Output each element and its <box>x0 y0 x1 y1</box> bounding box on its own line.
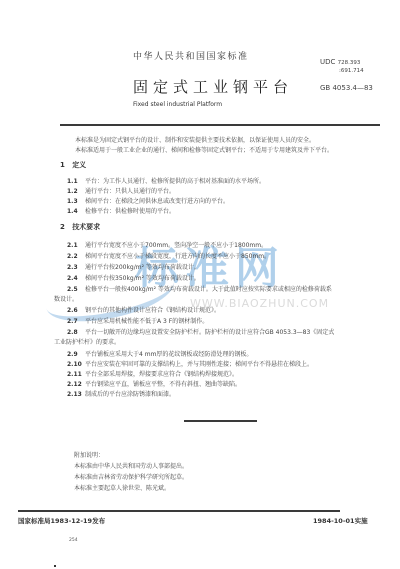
udc-label: UDC <box>320 58 335 66</box>
notes-line-1: 本标准由中华人民共和国劳动人事部提出。 <box>74 461 188 470</box>
notes-line-2: 本标准由吉林省劳动保护科学研究所起草。 <box>74 472 188 481</box>
clause-number: 2.3 <box>67 264 85 271</box>
clause-2-5-continuation: 数设计。 <box>54 294 78 303</box>
end-rule <box>184 420 257 422</box>
clause-text: 平台：为工作人员通行、检修所提供的高于相对基准面的水平场所。 <box>85 178 265 185</box>
clause-number: 2.2 <box>67 253 85 260</box>
clause-1-2: 1.2通行平台：只供人员通行的平台。 <box>67 186 175 195</box>
clause-2-1: 2.1通行平台宽度不应小于700mm。竖向净空一般不应小于1800mm。 <box>67 240 267 249</box>
clause-number: 2.1 <box>67 242 85 249</box>
clause-1-4: 1.4检修平台：供检修时使用的平台。 <box>67 206 175 215</box>
clause-text: 平台应安装在牢固可靠的支撑结构上，并与其刚性连接；梯间平台不得悬挂在梯段上。 <box>85 361 313 368</box>
clause-text: 钢平台的其他构件设计应符合《钢结构设计规范》。 <box>85 307 220 314</box>
clause-text: 通行平台按200kg/m² 等效均布荷载设计。 <box>85 264 200 271</box>
clause-number: 2.8 <box>67 329 85 336</box>
notes-heading: 附加说明： <box>74 450 104 459</box>
footer-rule <box>18 510 340 512</box>
clause-2-6: 2.6钢平台的其他构件设计应符合《钢结构设计规范》。 <box>67 305 220 314</box>
clause-number: 2.5 <box>67 286 85 293</box>
clause-number: 1.3 <box>67 198 85 205</box>
clause-number: 2.6 <box>67 307 85 314</box>
notes-line-3: 本标准主要起草人徐世荣、陈光斌。 <box>74 483 170 492</box>
clause-text: 检修平台一般按400kg/m² 等效均布荷载设计。大于此值时应按实际要求或相应的… <box>85 286 332 293</box>
clause-2-8: 2.8平台一切敞开的边缘均应设置安全防护栏杆。防护栏杆的设计应符合GB 4053… <box>67 327 334 336</box>
clause-text: 平台应采用机械性能不低于A 3 F的钢材制作。 <box>85 318 208 325</box>
clause-2-3: 2.3通行平台按200kg/m² 等效均布荷载设计。 <box>67 262 200 271</box>
intro-paragraph-1: 本标准是为固定式钢平台的设计、制作和安装提供主要技术依据，以保证使用人员的安全。 <box>75 135 315 144</box>
clause-2-4: 2.4梯间平台按350kg/m² 等效均布荷载设计。 <box>67 273 200 282</box>
clause-text: 检修平台：供检修时使用的平台。 <box>85 208 175 215</box>
clause-text: 通行平台：只供人员通行的平台。 <box>85 188 175 195</box>
clause-text: 平台一切敞开的边缘均应设置安全防护栏杆。防护栏杆的设计应符合GB 4053.3—… <box>85 329 334 336</box>
scan-speck <box>54 565 56 567</box>
clause-1-1: 1.1平台：为工作人员通行、检修所提供的高于相对基准面的水平场所。 <box>67 176 265 185</box>
clause-text: 梯间平台：在梯段之间供休息或改变行进方向的平台。 <box>85 198 229 205</box>
udc-line-1: 728.393 <box>338 60 361 66</box>
clause-number: 2.9 <box>67 351 85 358</box>
clause-number: 1.4 <box>67 208 85 215</box>
section-2-heading: 2 技术要求 <box>60 222 100 232</box>
issue-date: 国家标准局1983-12-19发布 <box>18 516 105 525</box>
clause-number: 2.11 <box>67 371 85 378</box>
clause-2-9: 2.9平台铺板应采用大于4 mm厚的花纹钢板或经防滑处理的钢板。 <box>67 349 252 358</box>
clause-number: 2.13 <box>67 391 85 398</box>
clause-text: 梯间平台按350kg/m² 等效均布荷载设计。 <box>85 275 200 282</box>
clause-text: 平台全部采用焊接，焊接要求应符合《钢结构焊接规范》。 <box>85 371 238 378</box>
clause-text: 平台铺板应采用大于4 mm厚的花纹钢板或经防滑处理的钢板。 <box>85 351 252 358</box>
document-title: 固定式工业钢平台 <box>133 76 293 97</box>
section-1-heading: 1 定义 <box>60 160 86 170</box>
udc-line-2: :691.714 <box>339 68 364 74</box>
clause-2-7: 2.7平台应采用机械性能不低于A 3 F的钢材制作。 <box>67 316 208 325</box>
section-number: 1 <box>60 161 65 169</box>
clause-2-12: 2.12平台钢梁应平直，铺板应平整，不得有斜扭、翘曲等缺陷。 <box>67 379 241 388</box>
udc-code: UDC 728.393 :691.714 <box>320 59 364 75</box>
clause-number: 1.1 <box>67 178 85 185</box>
section-title: 定义 <box>72 161 86 169</box>
clause-number: 1.2 <box>67 188 85 195</box>
clause-2-2: 2.2梯间平台宽度不应小于梯段宽度，行进方向的长度不应小于850mm。 <box>67 251 270 260</box>
clause-1-3: 1.3梯间平台：在梯段之间供休息或改变行进方向的平台。 <box>67 196 229 205</box>
clause-text: 制成后的平台应涂防锈漆和面漆。 <box>85 391 175 398</box>
page-number: 254 <box>69 538 78 543</box>
clause-text: 平台钢梁应平直，铺板应平整，不得有斜扭、翘曲等缺陷。 <box>85 381 241 388</box>
clause-text: 通行平台宽度不应小于700mm。竖向净空一般不应小于1800mm。 <box>85 242 267 249</box>
intro-paragraph-2: 本标准适用于一般工业企业的通行、梯间和检修等固定式钢平台；不适用于专用建筑及井下… <box>75 145 333 154</box>
section-title: 技术要求 <box>72 223 100 231</box>
clause-number: 2.10 <box>67 361 85 368</box>
clause-number: 2.7 <box>67 318 85 325</box>
english-title: Fixed steel industrial Platform <box>133 101 222 108</box>
clause-2-8-continuation: 工业防护栏杆》的要求。 <box>54 337 120 346</box>
clause-2-5: 2.5检修平台一般按400kg/m² 等效均布荷载设计。大于此值时应按实际要求或… <box>67 284 332 293</box>
clause-number: 2.4 <box>67 275 85 282</box>
clause-number: 2.12 <box>67 381 85 388</box>
effective-date: 1984-10-01实施 <box>313 516 368 525</box>
clause-2-11: 2.11平台全部采用焊接，焊接要求应符合《钢结构焊接规范》。 <box>67 369 238 378</box>
standard-number: GB 4053.4—83 <box>320 84 373 92</box>
clause-text: 梯间平台宽度不应小于梯段宽度，行进方向的长度不应小于850mm。 <box>85 253 270 260</box>
header-rule <box>60 124 380 126</box>
issuing-organization: 中华人民共和国国家标准 <box>133 49 249 62</box>
clause-2-13: 2.13制成后的平台应涂防锈漆和面漆。 <box>67 389 175 398</box>
section-number: 2 <box>60 223 65 231</box>
clause-2-10: 2.10平台应安装在牢固可靠的支撑结构上，并与其刚性连接；梯间平台不得悬挂在梯段… <box>67 359 313 368</box>
